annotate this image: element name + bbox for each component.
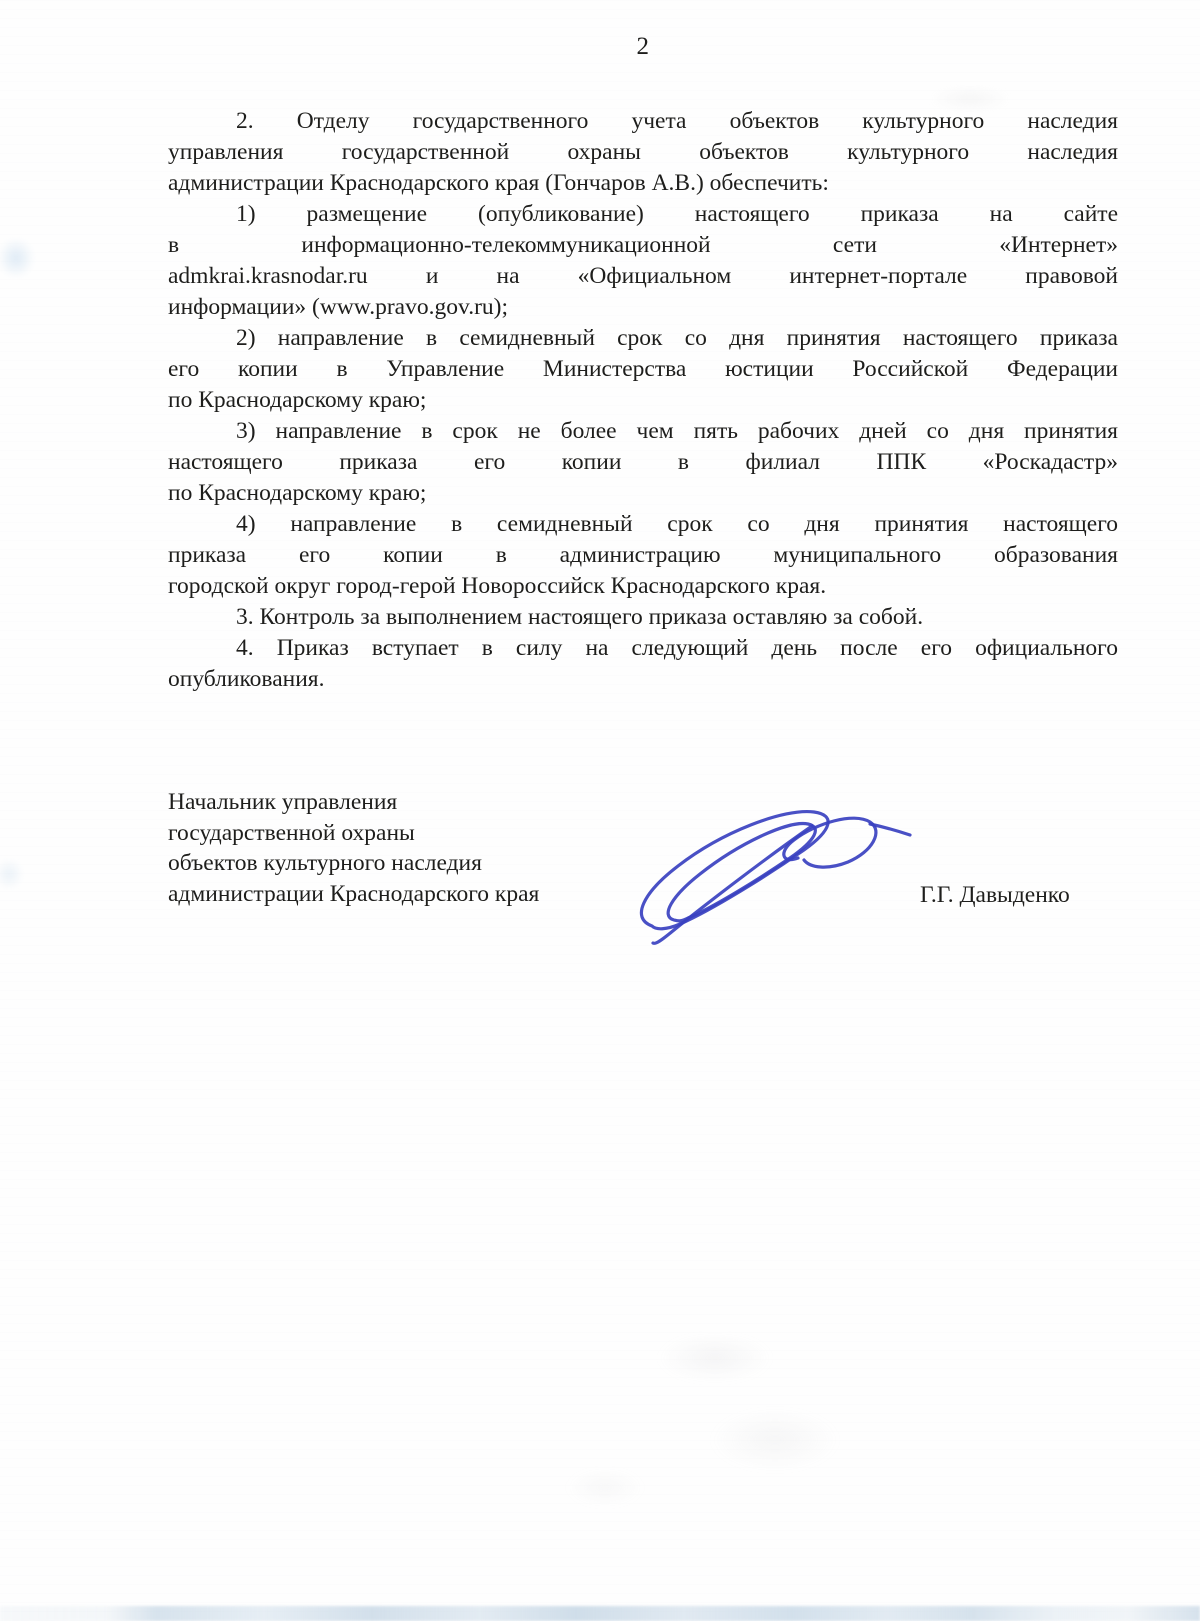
body-line: администрации Краснодарского края (Гонча… bbox=[168, 168, 1118, 199]
scan-artifact-gray-smudge bbox=[690, 1400, 860, 1480]
body-line: в информационно-телекоммуникационной сет… bbox=[168, 230, 1118, 261]
body-line: 2) направление в семидневный срок со дня… bbox=[168, 323, 1118, 354]
body-line: его копии в Управление Министерства юсти… bbox=[168, 354, 1118, 385]
scan-artifact-gray-smudge bbox=[555, 1465, 655, 1510]
page-number: 2 bbox=[168, 33, 1118, 61]
signatory-position-line: государственной охраны bbox=[168, 818, 638, 849]
body-line: 1) размещение (опубликование) настоящего… bbox=[168, 199, 1118, 230]
body-line: 2. Отделу государственного учета объекто… bbox=[168, 106, 1118, 137]
order-body-text: 2. Отделу государственного учета объекто… bbox=[168, 106, 1118, 695]
signatory-position-line: Начальник управления bbox=[168, 787, 638, 818]
body-line: по Краснодарскому краю; bbox=[168, 385, 1118, 416]
body-line: управления государственной охраны объект… bbox=[168, 137, 1118, 168]
body-line: городской округ город-герой Новороссийск… bbox=[168, 571, 1118, 602]
signatory-name: Г.Г. Давыденко bbox=[920, 882, 1160, 909]
scan-artifact-bottom-edge bbox=[0, 1606, 1200, 1621]
body-line: настоящего приказа его копии в филиал ПП… bbox=[168, 447, 1118, 478]
body-line: приказа его копии в администрацию муници… bbox=[168, 540, 1118, 571]
scan-artifact-gray-smudge bbox=[640, 1328, 790, 1388]
handwritten-signature-icon bbox=[626, 806, 916, 951]
body-line: 4. Приказ вступает в силу на следующий д… bbox=[168, 633, 1118, 664]
body-line: 4) направление в семидневный срок со дня… bbox=[168, 509, 1118, 540]
scan-artifact-left-smudge bbox=[0, 852, 30, 896]
document-page: 2 2. Отделу государственного учета объек… bbox=[0, 0, 1200, 1621]
body-line: 3) направление в срок не более чем пять … bbox=[168, 416, 1118, 447]
body-line: admkrai.krasnodar.ru и на «Официальном и… bbox=[168, 261, 1118, 292]
body-line: по Краснодарскому краю; bbox=[168, 478, 1118, 509]
scan-artifact-left-smudge bbox=[0, 230, 42, 286]
body-line: 3. Контроль за выполнением настоящего пр… bbox=[168, 602, 1118, 633]
body-line: информации» (www.pravo.gov.ru); bbox=[168, 292, 1118, 323]
body-line: опубликования. bbox=[168, 664, 1118, 695]
signatory-position: Начальник управления государственной охр… bbox=[168, 787, 638, 909]
signatory-position-line: объектов культурного наследия bbox=[168, 848, 638, 879]
signatory-position-line: администрации Краснодарского края bbox=[168, 879, 638, 910]
